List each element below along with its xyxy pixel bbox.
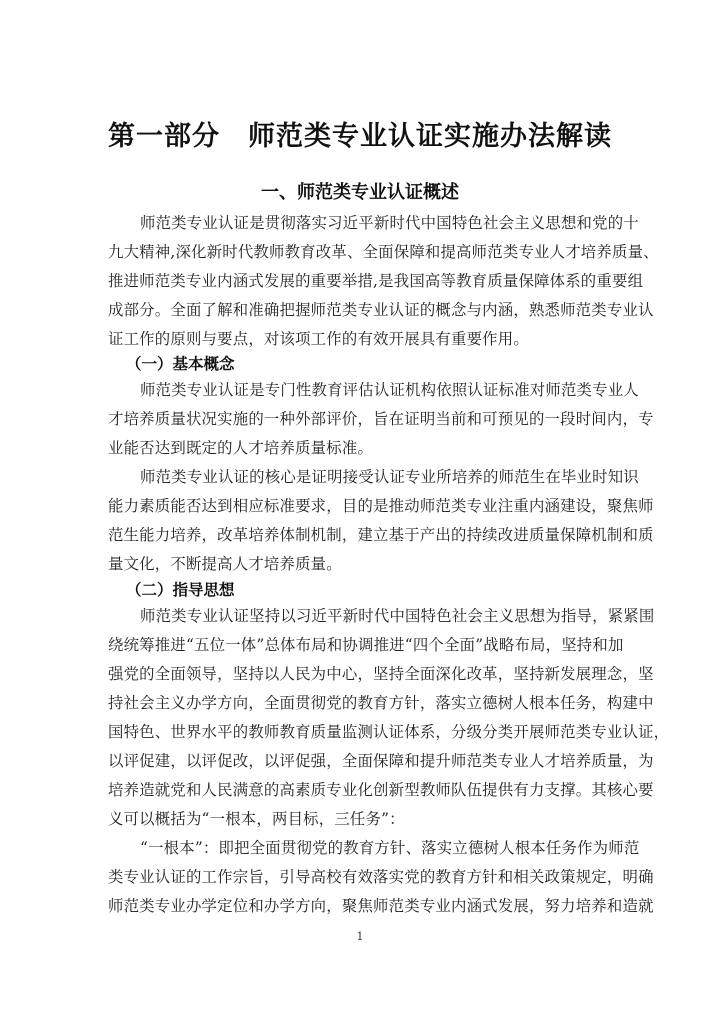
paragraph-line: 以评促建，以评促改，以评促强，全面保障和提升师范类专业人才培养质量，为 xyxy=(108,751,608,771)
paragraph-line: “一根本”：即把全面贯彻党的教育方针、落实立德树人根本任务作为师范 xyxy=(140,838,608,858)
paragraph-line: 持社会主义办学方向，全面贯彻党的教育方针，落实立德树人根本任务，构建中 xyxy=(108,693,608,713)
paragraph-line: 类专业认证的工作宗旨，引导高校有效落实党的教育方针和相关政策规定，明确 xyxy=(108,867,608,887)
paragraph-line: 业能否达到既定的人才培养质量标准。 xyxy=(108,438,608,458)
page-number: 1 xyxy=(0,930,720,943)
paragraph-line: 国特色、世界水平的教师教育质量监测认证体系，分级分类开展师范类专业认证， xyxy=(108,722,608,742)
paragraph-line: 能力素质能否达到相应标准要求，目的是推动师范类专业注重内涵建设，聚焦师 xyxy=(108,496,608,516)
paragraph-line: 培养造就党和人民满意的高素质专业化创新型教师队伍提供有力支撑。其核心要 xyxy=(108,780,608,800)
section-heading: 一、师范类专业认证概述 xyxy=(0,178,720,204)
paragraph-line: 师范类专业认证的核心是证明接受认证专业所培养的师范生在毕业时知识 xyxy=(140,467,608,487)
paragraph-line: 成部分。全面了解和准确把握师范类专业认证的概念与内涵，熟悉师范类专业认 xyxy=(108,300,608,320)
paragraph-line: 才培养质量状况实施的一种外部评价，旨在证明当前和可预见的一段时间内，专 xyxy=(108,409,608,429)
page-title: 第一部分 师范类专业认证实施办法解读 xyxy=(0,114,720,153)
paragraph-line: 推进师范类专业内涵式发展的重要举措,是我国高等教育质量保障体系的重要组 xyxy=(108,271,608,291)
paragraph-line: 证工作的原则与要点，对该项工作的有效开展具有重要作用。 xyxy=(108,329,608,349)
paragraph-line: 师范类专业认证是专门性教育评估认证机构依照认证标准对师范类专业人 xyxy=(140,380,608,400)
subsection-heading: （一）基本概念 xyxy=(126,352,235,374)
subsection-heading: （二）指导思想 xyxy=(126,578,235,600)
paragraph-line: 九大精神,深化新时代教师教育改革、全面保障和提高师范类专业人才培养质量、 xyxy=(108,242,608,262)
paragraph-line: 师范类专业认证是贯彻落实习近平新时代中国特色社会主义思想和党的十 xyxy=(140,213,608,233)
paragraph-line: 师范类专业认证坚持以习近平新时代中国特色社会主义思想为指导，紧紧围 xyxy=(140,606,608,626)
paragraph-line: 范生能力培养，改革培养体制机制，建立基于产出的持续改进质量保障机制和质 xyxy=(108,525,608,545)
paragraph-line: 师范类专业办学定位和办学方向，聚焦师范类专业内涵式发展，努力培养和造就 xyxy=(108,896,608,916)
document-page: 第一部分 师范类专业认证实施办法解读 一、师范类专业认证概述 师范类专业认证是贯… xyxy=(0,0,720,1018)
paragraph-line: 绕统筹推进“五位一体”总体布局和协调推进“四个全面”战略布局，坚持和加 xyxy=(108,635,608,655)
paragraph-line: 量文化，不断提高人才培养质量。 xyxy=(108,554,608,574)
paragraph-line: 义可以概括为“一根本，两目标，三任务”： xyxy=(108,809,608,829)
paragraph-line: 强党的全面领导，坚持以人民为中心，坚持全面深化改革，坚持新发展理念，坚 xyxy=(108,664,608,684)
